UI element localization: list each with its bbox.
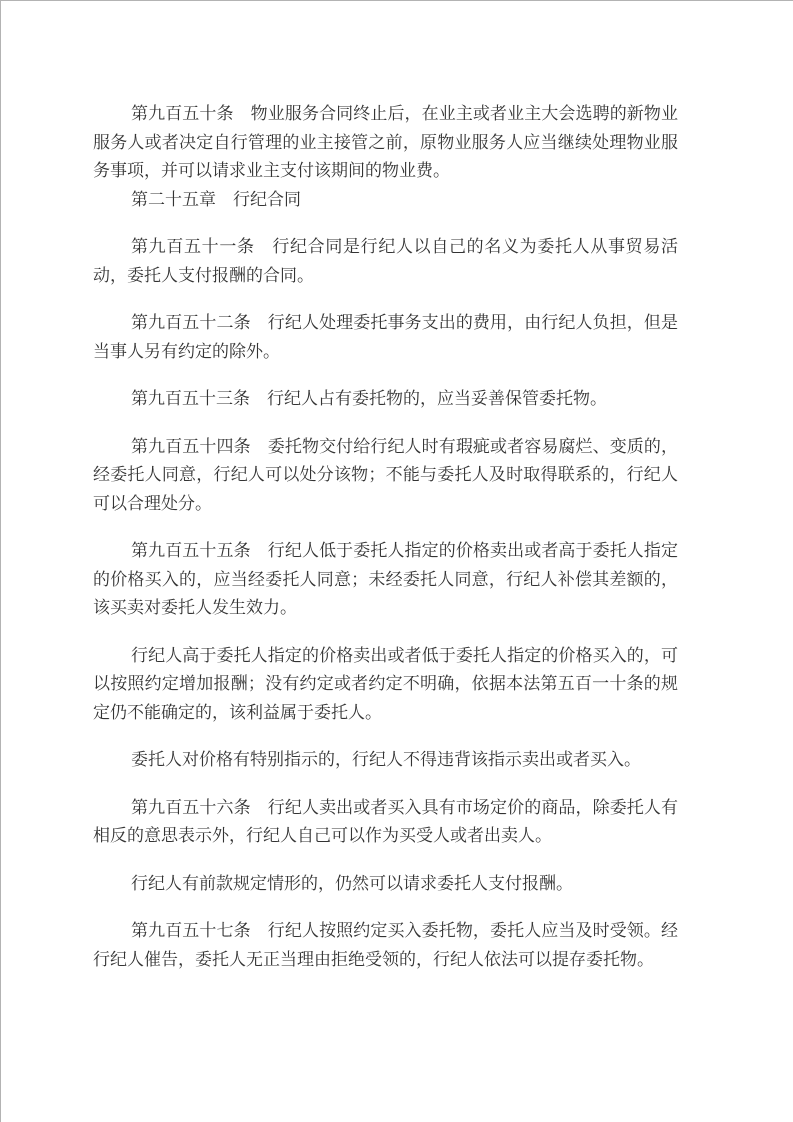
article-paragraph: 第九百五十一条 行纪合同是行纪人以自己的名义为委托人从事贸易活动，委托人支付报酬… <box>93 233 678 290</box>
article-paragraph: 第九百五十四条 委托物交付给行纪人时有瑕疵或者容易腐烂、变质的，经委托人同意，行… <box>93 433 678 519</box>
document-content: 第九百五十条 物业服务合同终止后，在业主或者业主大会选聘的新物业服务人或者决定自… <box>1 1 678 974</box>
chapter-heading: 第二十五章 行纪合同 <box>93 186 678 215</box>
document-page: 第九百五十条 物业服务合同终止后，在业主或者业主大会选聘的新物业服务人或者决定自… <box>0 0 793 1122</box>
body-paragraph: 行纪人有前款规定情形的，仍然可以请求委托人支付报酬。 <box>93 870 678 899</box>
article-paragraph: 第九百五十五条 行纪人低于委托人指定的价格卖出或者高于委托人指定的价格买入的，应… <box>93 537 678 623</box>
article-paragraph: 第九百五十条 物业服务合同终止后，在业主或者业主大会选聘的新物业服务人或者决定自… <box>93 100 678 186</box>
article-paragraph: 第九百五十七条 行纪人按照约定买入委托物，委托人应当及时受领。经行纪人催告，委托… <box>93 917 678 974</box>
article-paragraph: 第九百五十二条 行纪人处理委托事务支出的费用，由行纪人负担，但是当事人另有约定的… <box>93 309 678 366</box>
article-paragraph: 第九百五十六条 行纪人卖出或者买入具有市场定价的商品，除委托人有相反的意思表示外… <box>93 794 678 851</box>
body-paragraph: 委托人对价格有特别指示的，行纪人不得违背该指示卖出或者买入。 <box>93 746 678 775</box>
body-paragraph: 行纪人高于委托人指定的价格卖出或者低于委托人指定的价格买入的，可以按照约定增加报… <box>93 642 678 728</box>
article-paragraph: 第九百五十三条 行纪人占有委托物的，应当妥善保管委托物。 <box>93 385 678 414</box>
